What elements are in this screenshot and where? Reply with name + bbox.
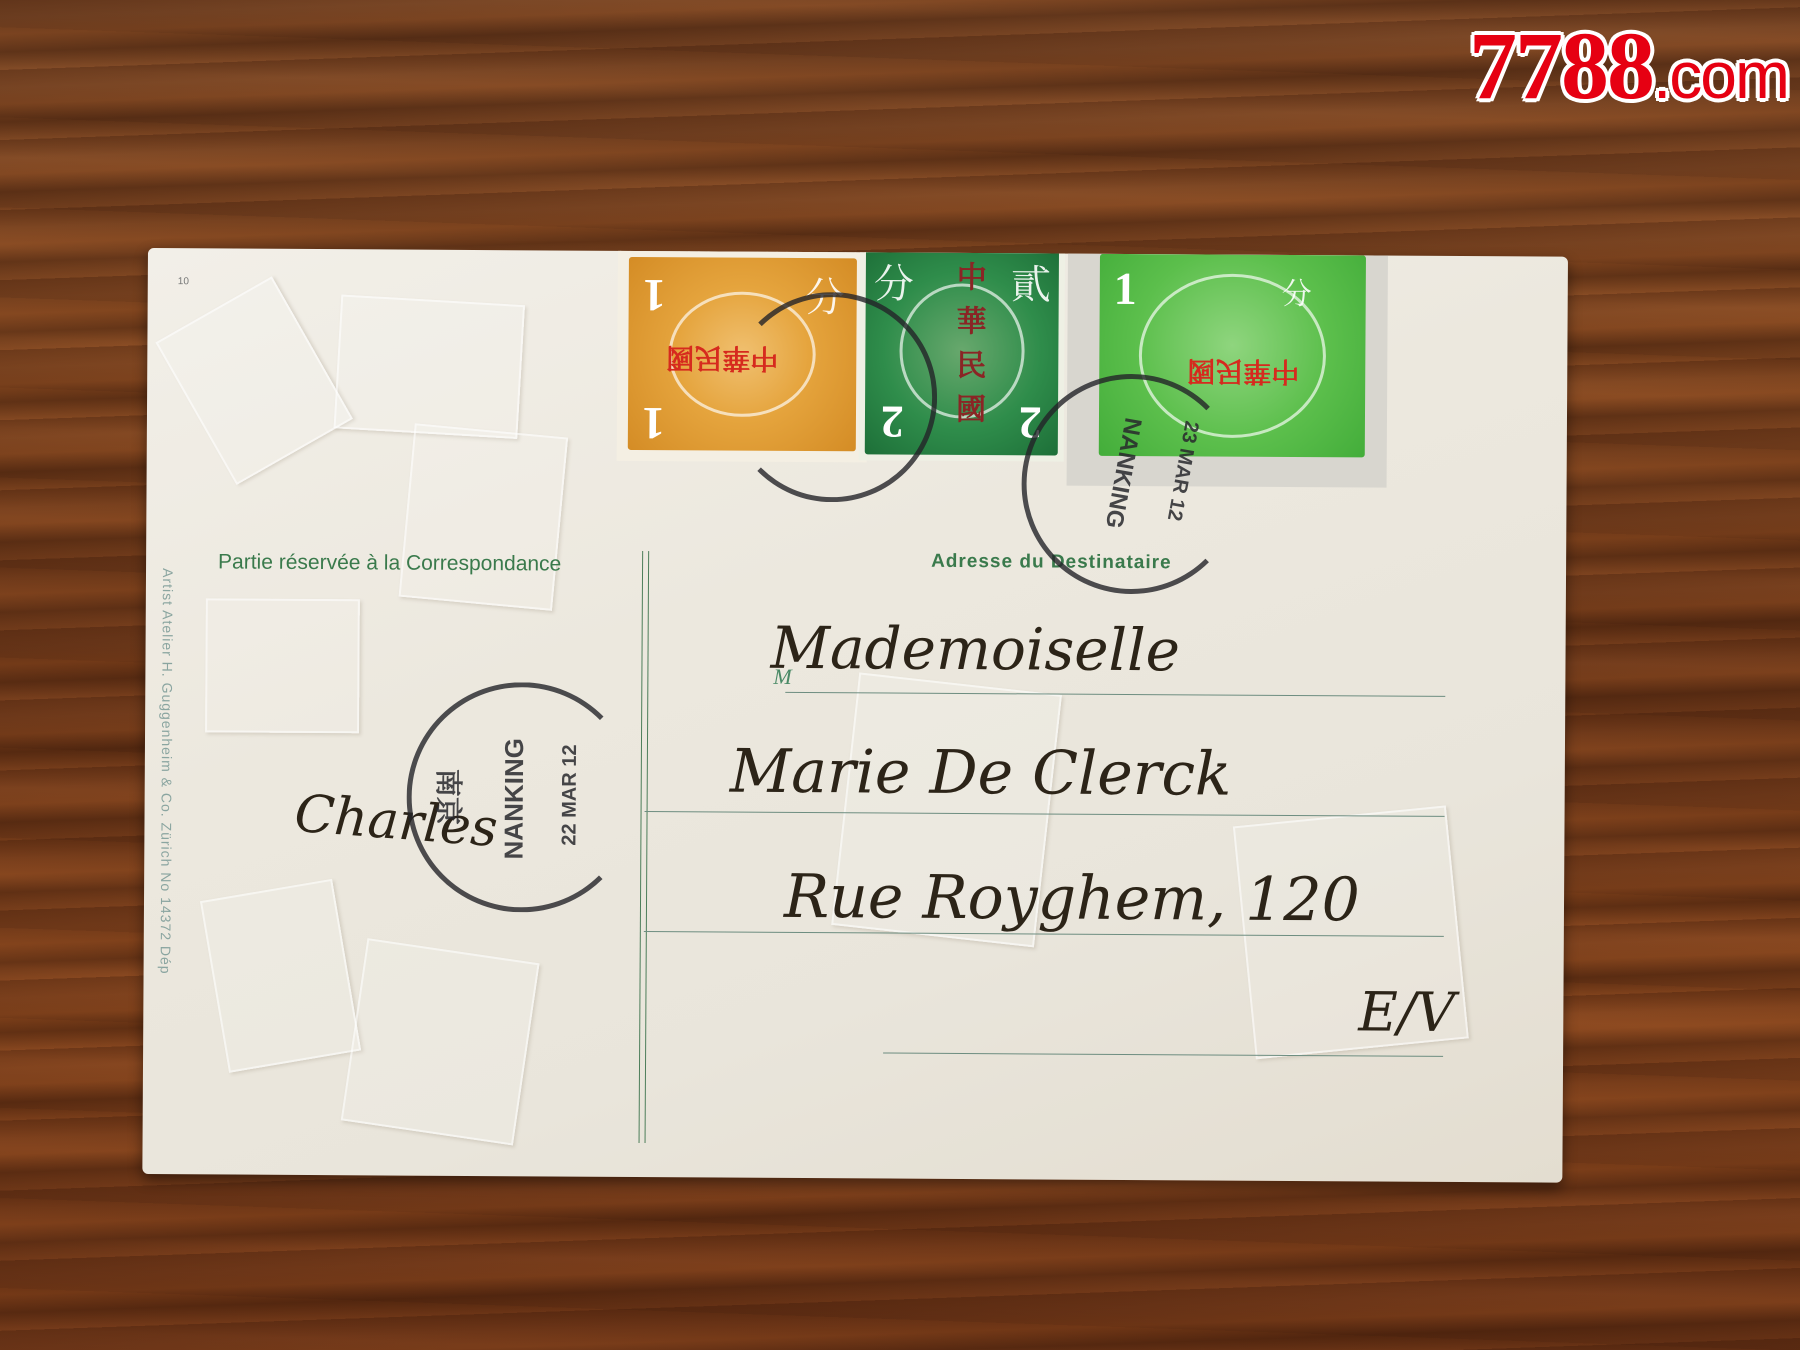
stamp-overprint: 中華民國 [945, 261, 990, 437]
postmark-city: NANKING [1099, 415, 1147, 530]
handwritten-street: Rue Royghem, 120 [784, 862, 1360, 936]
address-line [883, 1053, 1443, 1057]
postmark-date: 22 MAR 12 [558, 744, 582, 845]
embossed-pattern [341, 938, 540, 1145]
correspondence-label: Partie réservée à la Correspondance [218, 550, 561, 576]
postmark-city-cn: 南京 [429, 769, 469, 825]
stamp-corner-char: 貳 [1011, 253, 1051, 310]
postmark-nanking: 南京 NANKING 22 MAR 12 [406, 682, 637, 913]
publisher-imprint: Artist Atelier H. Guggenheim & Co. Züric… [156, 568, 176, 1168]
stamp-value: 1 [643, 269, 666, 322]
center-divider [639, 551, 650, 1143]
postmark-top-left [726, 292, 937, 503]
stamp-overprint: 中華民國 [1187, 352, 1299, 393]
stamp-value: 1 [642, 397, 665, 450]
site-watermark: 7788.com [1469, 10, 1788, 121]
postmark-city: NANKING [498, 738, 530, 860]
embossed-pattern [334, 294, 526, 439]
embossed-pattern [155, 276, 353, 485]
postcard: 10 CAR Partie réservée à la Correspondan… [142, 248, 1568, 1183]
embossed-pattern [205, 598, 360, 733]
postmark-date: 23 MAR 12 [1162, 419, 1203, 523]
stamp-corner-char: 分 [874, 252, 914, 309]
watermark-domain: .com [1653, 38, 1788, 112]
stamp-corner-char: 分 [1282, 269, 1312, 313]
embossed-pattern [399, 423, 569, 611]
card-number: 10 [178, 276, 189, 287]
handwritten-country: E/V [1358, 980, 1455, 1044]
embossed-pattern [200, 879, 361, 1073]
watermark-number: 7788 [1469, 12, 1653, 119]
handwritten-recipient: Marie De Clerck [730, 737, 1232, 810]
postmark-top-right: NANKING 23 MAR 12 [1021, 373, 1242, 594]
handwritten-salutation: Mademoiselle [770, 614, 1180, 684]
stamp-value: 1 [1114, 262, 1137, 315]
